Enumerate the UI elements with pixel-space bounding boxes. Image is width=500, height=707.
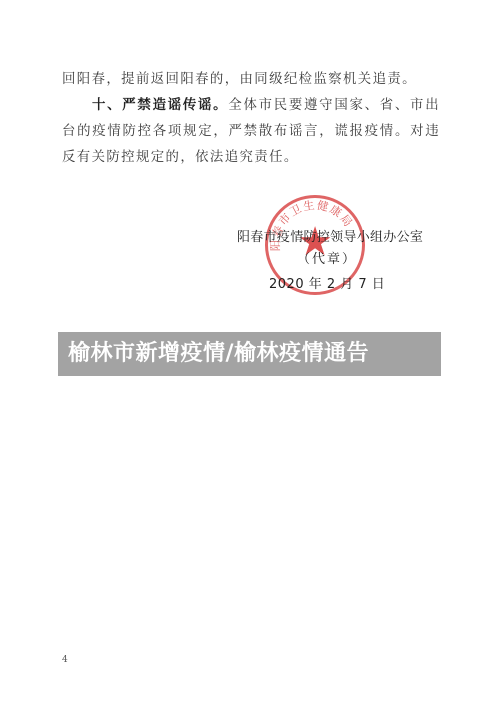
paragraph-section-ten: 十、严禁造谣传谣。全体市民要遵守国家、省、市出台的疫情防控各项规定，严禁散布谣言… bbox=[62, 93, 440, 171]
issuing-organization: 阳春市疫情防控领导小组办公室 bbox=[237, 226, 423, 250]
section-heading: 十、严禁造谣传谣。 bbox=[92, 98, 228, 113]
paragraph-text: 回阳春，提前返回阳春的，由同级纪检监察机关追责。 bbox=[62, 72, 417, 87]
banner-title: 榆林市新增疫情/榆林疫情通告 bbox=[68, 341, 369, 366]
document-body: 回阳春，提前返回阳春的，由同级纪检监察机关追责。 十、严禁造谣传谣。全体市民要遵… bbox=[62, 67, 440, 171]
document-page: 回阳春，提前返回阳春的，由同级纪检监察机关追责。 十、严禁造谣传谣。全体市民要遵… bbox=[0, 0, 500, 707]
issue-date: 2020 年 2 月 7 日 bbox=[269, 273, 385, 297]
page-number: 4 bbox=[62, 655, 68, 665]
paragraph-continuation: 回阳春，提前返回阳春的，由同级纪检监察机关追责。 bbox=[62, 67, 440, 93]
seal-note: （代章） bbox=[267, 248, 387, 272]
title-banner: 榆林市新增疫情/榆林疫情通告 bbox=[58, 332, 441, 376]
